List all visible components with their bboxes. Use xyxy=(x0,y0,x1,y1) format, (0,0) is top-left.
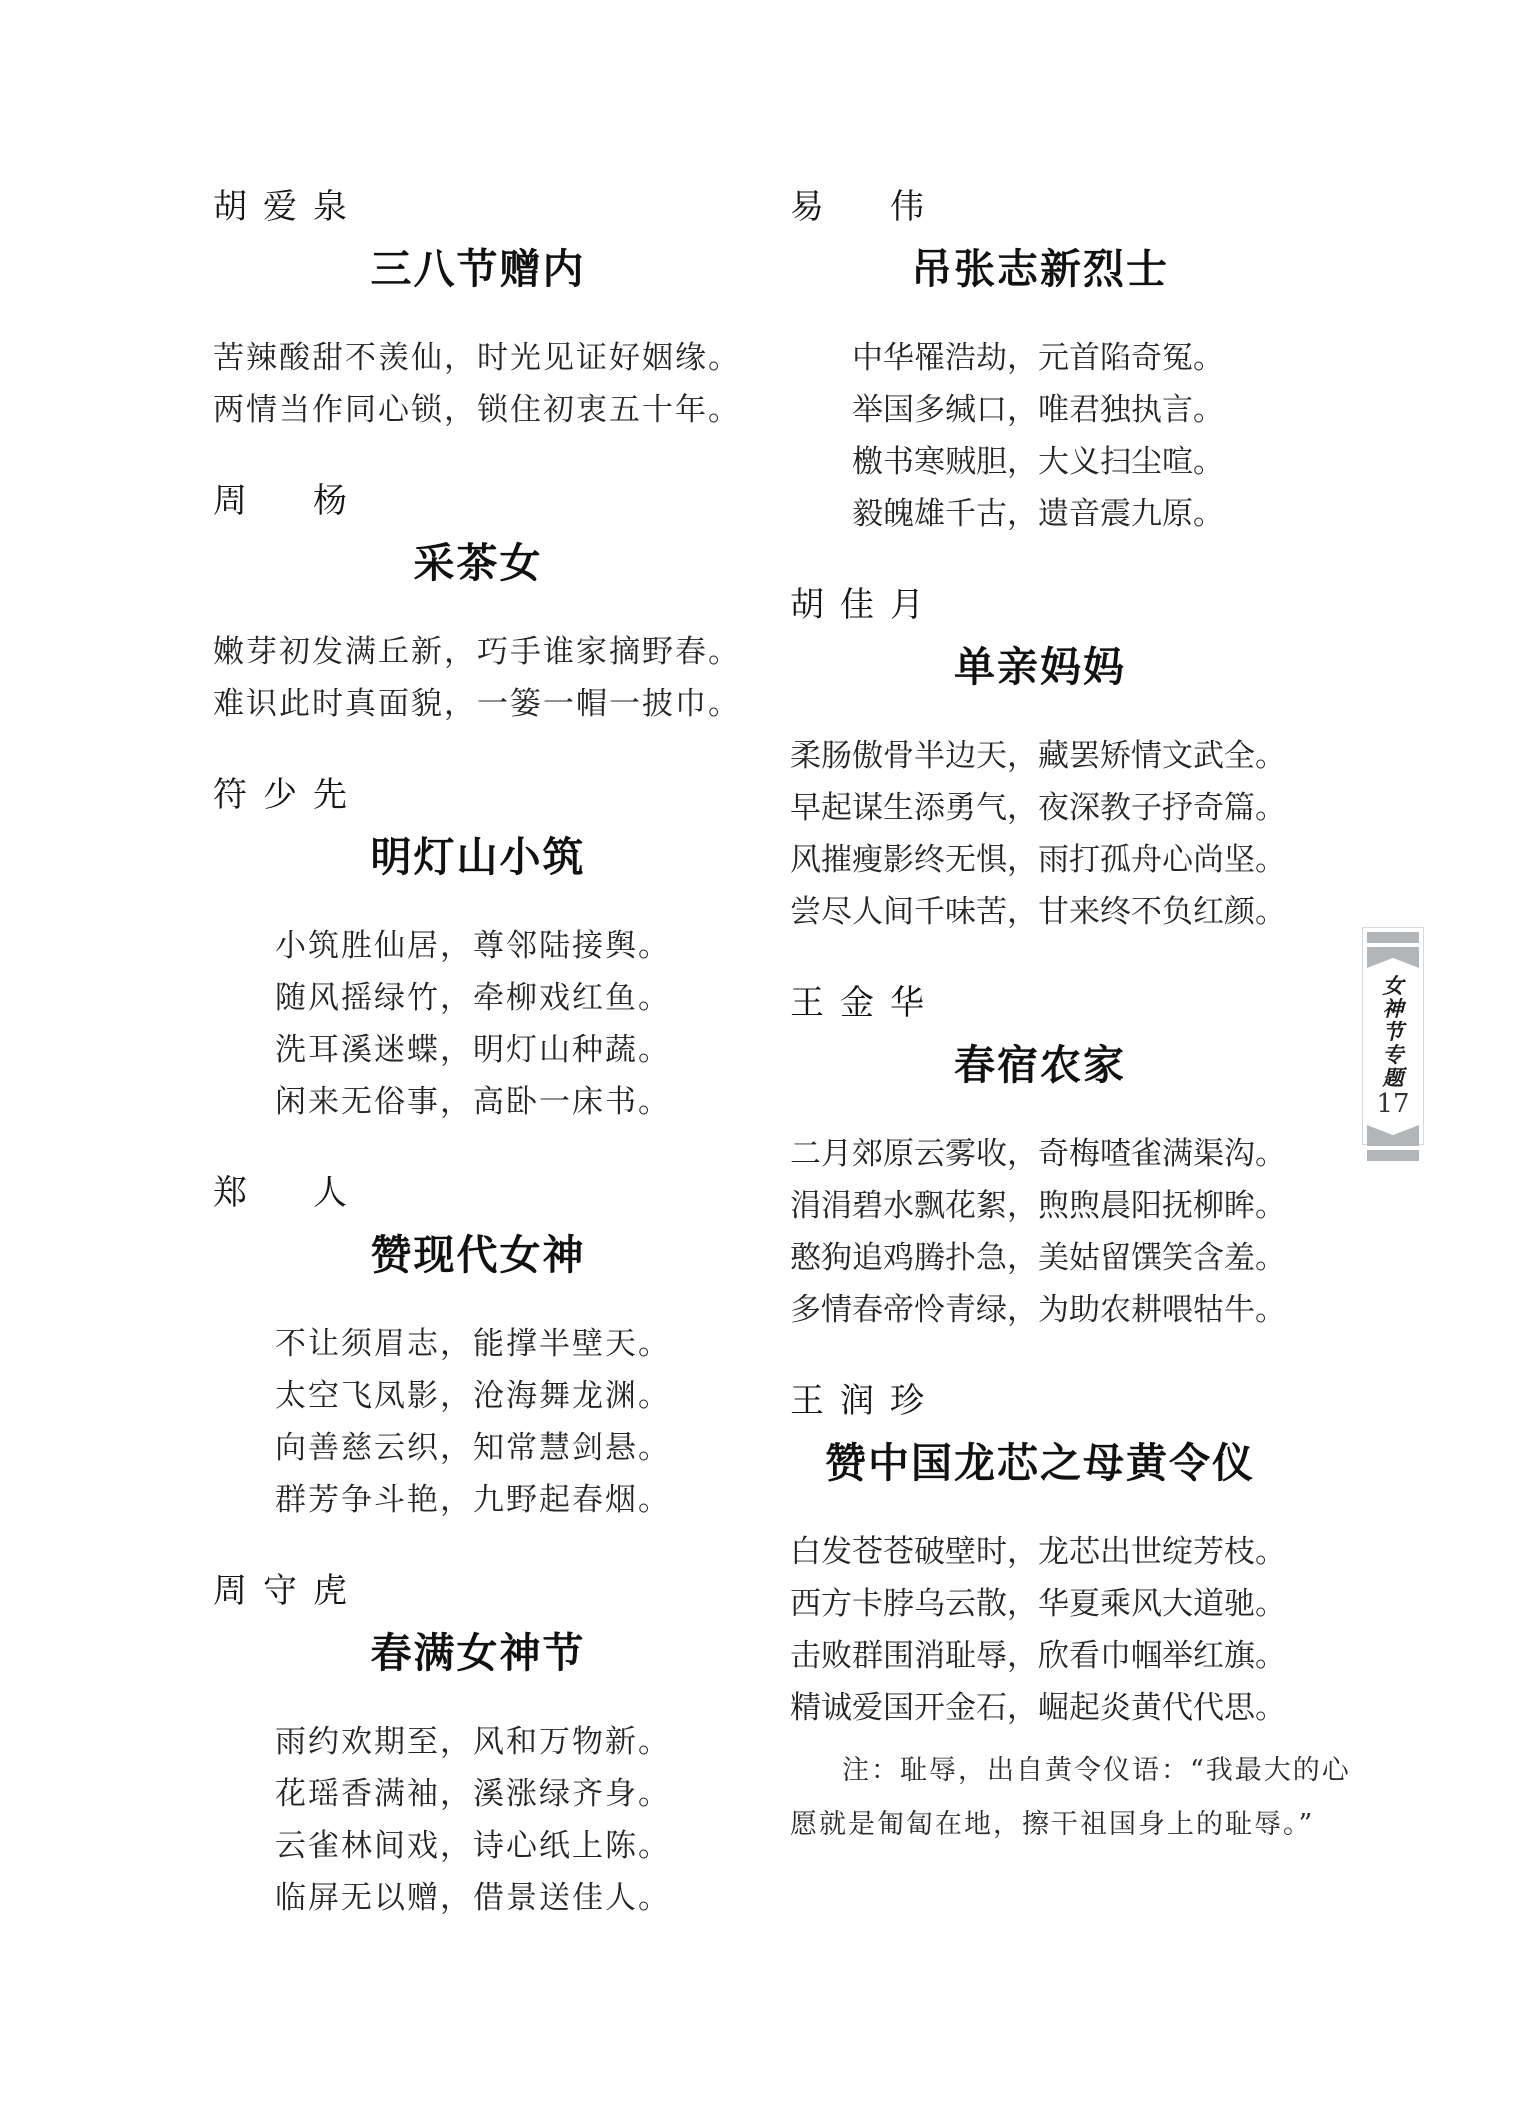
ribbon-label-char: 神 xyxy=(1383,997,1404,1020)
poem: 王金华 春宿农家 二月郊原云雾收，奇梅喳雀满渠沟。 涓涓碧水飘花絮，煦煦晨阳抚柳… xyxy=(790,982,1290,1336)
poem-line: 云雀林间戏，诗心纸上陈。 xyxy=(213,1820,743,1872)
poem: 胡爱泉 三八节赠内 苦辣酸甜不羡仙，时光见证好姻缘。 两情当作同心锁，锁住初衷五… xyxy=(213,186,743,436)
poem-author: 周 杨 xyxy=(213,480,743,522)
poem-author: 易 伟 xyxy=(790,186,1290,228)
poem-author: 符少先 xyxy=(213,774,743,816)
poem-line: 精诚爱国开金石，崛起炎黄代代思。 xyxy=(790,1682,1290,1734)
poem-author: 周守虎 xyxy=(213,1570,743,1612)
poem-line: 举国多缄口，唯君独执言。 xyxy=(790,384,1290,436)
column-right: 易 伟 吊张志新烈士 中华罹浩劫，元首陷奇冤。 举国多缄口，唯君独执言。 檄书寒… xyxy=(790,186,1290,1892)
poem-title: 明灯山小筑 xyxy=(213,832,743,882)
poem-note: 注：耻辱，出自黄令仪语：“我最大的心 xyxy=(790,1748,1290,1794)
poem-line: 雨约欢期至，风和万物新。 xyxy=(213,1716,743,1768)
poem-line: 风摧瘦影终无惧，雨打孤舟心尚坚。 xyxy=(790,834,1290,886)
poem-author: 胡佳月 xyxy=(790,584,1290,626)
poem-title: 三八节赠内 xyxy=(213,244,743,294)
poem-line: 不让须眉志，能撑半壁天。 xyxy=(213,1318,743,1370)
poem-line: 两情当作同心锁，锁住初衷五十年。 xyxy=(213,384,743,436)
poem-line: 二月郊原云雾收，奇梅喳雀满渠沟。 xyxy=(790,1128,1290,1180)
poem-line: 嫩芽初发满丘新，巧手谁家摘野春。 xyxy=(213,626,743,678)
poem: 郑 人 赞现代女神 不让须眉志，能撑半壁天。 太空飞凤影，沧海舞龙渊。 向善慈云… xyxy=(213,1172,743,1526)
poem-title: 单亲妈妈 xyxy=(790,642,1290,692)
poem-line: 群芳争斗艳，九野起春烟。 xyxy=(213,1474,743,1526)
ribbon-label-char: 女 xyxy=(1383,974,1404,997)
poem-author: 胡爱泉 xyxy=(213,186,743,228)
poem: 符少先 明灯山小筑 小筑胜仙居，尊邻陆接舆。 随风摇绿竹，牵柳戏红鱼。 洗耳溪迷… xyxy=(213,774,743,1128)
poem-line: 难识此时真面貌，一篓一帽一披巾。 xyxy=(213,678,743,730)
poem-line: 随风摇绿竹，牵柳戏红鱼。 xyxy=(213,972,743,1024)
poem-title: 采茶女 xyxy=(213,538,743,588)
poem-line: 洗耳溪迷蝶，明灯山种蔬。 xyxy=(213,1024,743,1076)
poem: 易 伟 吊张志新烈士 中华罹浩劫，元首陷奇冤。 举国多缄口，唯君独执言。 檄书寒… xyxy=(790,186,1290,540)
poem-author: 王金华 xyxy=(790,982,1290,1024)
poem-line: 多情春帝怜青绿，为助农耕喂牯牛。 xyxy=(790,1284,1290,1336)
poem-title: 吊张志新烈士 xyxy=(790,244,1290,294)
poem-line: 中华罹浩劫，元首陷奇冤。 xyxy=(790,332,1290,384)
poem-line: 闲来无俗事，高卧一床书。 xyxy=(213,1076,743,1128)
poem-line: 白发苍苍破壁时，龙芯出世绽芳枝。 xyxy=(790,1526,1290,1578)
poem-line: 苦辣酸甜不羡仙，时光见证好姻缘。 xyxy=(213,332,743,384)
ribbon-label-char: 专 xyxy=(1383,1043,1404,1066)
poem-line: 太空飞凤影，沧海舞龙渊。 xyxy=(213,1370,743,1422)
ribbon-top-bar xyxy=(1367,932,1419,943)
poem-line: 小筑胜仙居，尊邻陆接舆。 xyxy=(213,920,743,972)
section-ribbon: 女 神 节 专 题 17 xyxy=(1362,927,1424,1145)
poem-line: 檄书寒贼胆，大义扫尘喧。 xyxy=(790,436,1290,488)
ribbon-bottom-bar xyxy=(1367,1150,1419,1161)
poem-line: 尝尽人间千味苦，甘来终不负红颜。 xyxy=(790,886,1290,938)
ribbon-banner-top-icon xyxy=(1367,947,1419,968)
poem-title: 春宿农家 xyxy=(790,1040,1290,1090)
poem: 周守虎 春满女神节 雨约欢期至，风和万物新。 花瑶香满袖，溪涨绿齐身。 云雀林间… xyxy=(213,1570,743,1924)
poem: 王润珍 赞中国龙芯之母黄令仪 白发苍苍破壁时，龙芯出世绽芳枝。 西方卡脖乌云散，… xyxy=(790,1380,1290,1848)
poem-line: 涓涓碧水飘花絮，煦煦晨阳抚柳眸。 xyxy=(790,1180,1290,1232)
poem-title: 赞现代女神 xyxy=(213,1230,743,1280)
poem: 胡佳月 单亲妈妈 柔肠傲骨半边天，藏罢矫情文武全。 早起谋生添勇气，夜深教子抒奇… xyxy=(790,584,1290,938)
ribbon-label-char: 题 xyxy=(1383,1066,1404,1089)
poem-author: 郑 人 xyxy=(213,1172,743,1214)
poem-line: 临屏无以赠，借景送佳人。 xyxy=(213,1872,743,1924)
poem-title: 赞中国龙芯之母黄令仪 xyxy=(790,1438,1290,1488)
section-ribbon-label: 女 神 节 专 题 17 xyxy=(1367,968,1419,1121)
poem-author: 王润珍 xyxy=(790,1380,1290,1422)
ribbon-label-char: 节 xyxy=(1383,1020,1404,1043)
poem-line: 早起谋生添勇气，夜深教子抒奇篇。 xyxy=(790,782,1290,834)
poem-line: 柔肠傲骨半边天，藏罢矫情文武全。 xyxy=(790,730,1290,782)
column-left: 胡爱泉 三八节赠内 苦辣酸甜不羡仙，时光见证好姻缘。 两情当作同心锁，锁住初衷五… xyxy=(213,186,743,1968)
poem-line: 毅魄雄千古，遗音震九原。 xyxy=(790,488,1290,540)
page-number: 17 xyxy=(1376,1089,1409,1119)
poetry-page: 胡爱泉 三八节赠内 苦辣酸甜不羡仙，时光见证好姻缘。 两情当作同心锁，锁住初衷五… xyxy=(0,0,1525,2115)
poem-line: 击败群围消耻辱，欣看巾帼举红旗。 xyxy=(790,1630,1290,1682)
poem-line: 向善慈云织，知常慧剑悬。 xyxy=(213,1422,743,1474)
poem-title: 春满女神节 xyxy=(213,1628,743,1678)
poem-note: 愿就是匍匐在地，擦干祖国身上的耻辱。” xyxy=(790,1802,1290,1848)
poem-line: 憨狗追鸡腾扑急，美姑留馔笑含羞。 xyxy=(790,1232,1290,1284)
ribbon-banner-bottom-icon xyxy=(1367,1125,1419,1146)
poem-line: 花瑶香满袖，溪涨绿齐身。 xyxy=(213,1768,743,1820)
poem-line: 西方卡脖乌云散，华夏乘风大道驰。 xyxy=(790,1578,1290,1630)
poem: 周 杨 采茶女 嫩芽初发满丘新，巧手谁家摘野春。 难识此时真面貌，一篓一帽一披巾… xyxy=(213,480,743,730)
